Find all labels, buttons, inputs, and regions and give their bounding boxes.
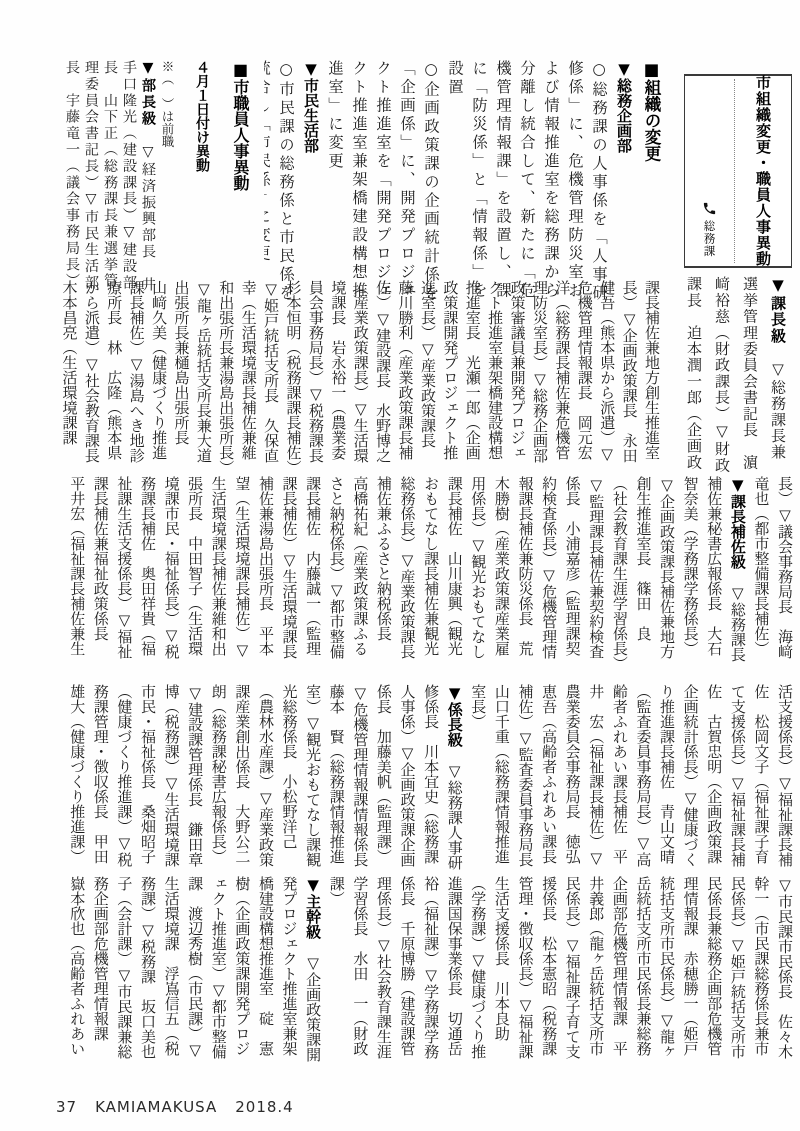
group-label-kacho: ▼課長級	[769, 276, 787, 344]
group-text-kachohosa: ▽総務課長補佐兼秘書広報係長 大石智奈美（学務課学務係長）▽企画政策課長補佐兼地…	[68, 476, 747, 664]
group-kachohosa: ▼課長補佐級 ▽総務課長補佐兼秘書広報係長 大石智奈美（学務課学務係長）▽企画政…	[65, 476, 749, 668]
phone-receiver-icon	[702, 201, 717, 216]
group-label-kachohosa: ▼課長補佐級	[729, 476, 747, 569]
page-footer: 37KAMIAMAKUSA2018.4	[56, 1098, 312, 1116]
group-label-kakaricho: ▼係長級	[446, 684, 464, 747]
band-three: 活支援係長）▽福祉課長補佐 松岡文子（福祉課子育て支援係長）▽福祉課長補佐 古賀…	[55, 684, 796, 872]
group-shukan: ▼主幹級 ▽企画政策課開発プロジェクト推進室兼架橋建設構想推進室 碇 憲樹（企画…	[65, 876, 325, 1064]
personnel-note: ※（ ）は前職	[157, 60, 191, 296]
dept-heading-shimin-seikatsu: ▼市民生活部	[298, 60, 323, 308]
group-text-shukan: ▽企画政策課開発プロジェクト推進室兼架橋建設構想推進室 碇 憲樹（企画政策課開発…	[68, 876, 322, 1062]
group-text-kakaricho: ▽総務課人事研修係長 川本宜史（総務課人事係）▽企画政策課企画係長 加藤美帆（監…	[68, 684, 464, 872]
magazine-name: KAMIAMAKUSA	[95, 1098, 217, 1116]
article-title: 市組織変更・職員人事異動	[737, 75, 789, 267]
group-label-bucho: ▼部長級	[140, 60, 156, 127]
group-text-kakaricho-tail: ▽市民課市民係長 佐々木幹一（市民課総務係長兼市民係長）▽姫戸統括支所市民係長兼…	[324, 876, 796, 1064]
group-text-kacho-middle: 課長補佐兼地方創生推進室長）▽企画政策課長 永田健吾（熊本県から派遣）▽危機管理…	[58, 280, 663, 474]
group-kacho-start: ▼課長級 ▽総務課長兼選挙管理委員会書記長 濵﨑裕慈（財政課長）▽財政課長 迫本…	[674, 276, 792, 474]
group-kacho-start-text: ▼課長級 ▽総務課長兼選挙管理委員会書記長 濵﨑裕慈（財政課長）▽財政課長 迫本…	[674, 276, 792, 474]
org-change-item: ○総務課の人事係を「人事研修係」に、危機管理防災室および情報推進室を総務課から分…	[443, 60, 611, 308]
contact-block: 総務課	[685, 79, 735, 263]
org-change-article: ■組織の変更 ▼総務企画部 ○総務課の人事係を「人事研修係」に、危機管理防災室お…	[264, 60, 666, 308]
group-text-kachohosa-tail: 活支援係長）▽福祉課長補佐 松岡文子（福祉課子育て支援係長）▽福祉課長補佐 古賀…	[466, 684, 796, 872]
group-text-kacho-tail: 長）▽議会事務局長 海﨑竜也（都市整備課長補佐）	[749, 476, 796, 668]
contact-department: 総務課	[702, 220, 718, 258]
org-change-item: ○企画政策課の企画統計係を「企画係」に、開発プロジェクト推進室を「開発プロジェク…	[323, 60, 443, 308]
personnel-heading: ■市職員人事異動	[227, 60, 253, 296]
personnel-date-line: ４月１日付け異動	[191, 60, 227, 296]
issue-date: 2018.4	[235, 1098, 294, 1116]
page-number: 37	[56, 1098, 77, 1116]
newsletter-page: 市組織変更・職員人事異動 総務課 ■組織の変更 ▼総務企画部 ○総務課の人事係を…	[0, 0, 800, 1131]
org-change-item: ○市民課の総務係と市民係を統合し「市民係」に変更	[264, 60, 298, 308]
article-title-box: 市組織変更・職員人事異動 総務課	[684, 74, 792, 268]
band-two: 長）▽議会事務局長 海﨑竜也（都市整備課長補佐） ▼課長補佐級 ▽総務課長補佐兼…	[55, 476, 796, 668]
org-change-heading: ■組織の変更	[636, 60, 666, 308]
band-four: ▽市民課市民係長 佐々木幹一（市民課総務係長兼市民係長）▽姫戸統括支所市民係長兼…	[55, 876, 796, 1064]
band-kacho-middle: 課長補佐兼地方創生推進室長）▽企画政策課長 永田健吾（熊本県から派遣）▽危機管理…	[55, 280, 663, 474]
group-kakaricho: ▼係長級 ▽総務課人事研修係長 川本宜史（総務課人事係）▽企画政策課企画係長 加…	[65, 684, 466, 872]
dept-heading-somu-kikaku: ▼総務企画部	[611, 60, 636, 308]
group-bucho: ▼部長級 ▽経済振興部長 井手口隆光（建設課長）▽建設部長 山下正（総務課長兼選…	[62, 60, 157, 296]
personnel-article-header: ■市職員人事異動 ４月１日付け異動 ※（ ）は前職 ▼部長級 ▽経済振興部長 井…	[55, 60, 253, 296]
group-label-shukan: ▼主幹級	[304, 876, 322, 939]
